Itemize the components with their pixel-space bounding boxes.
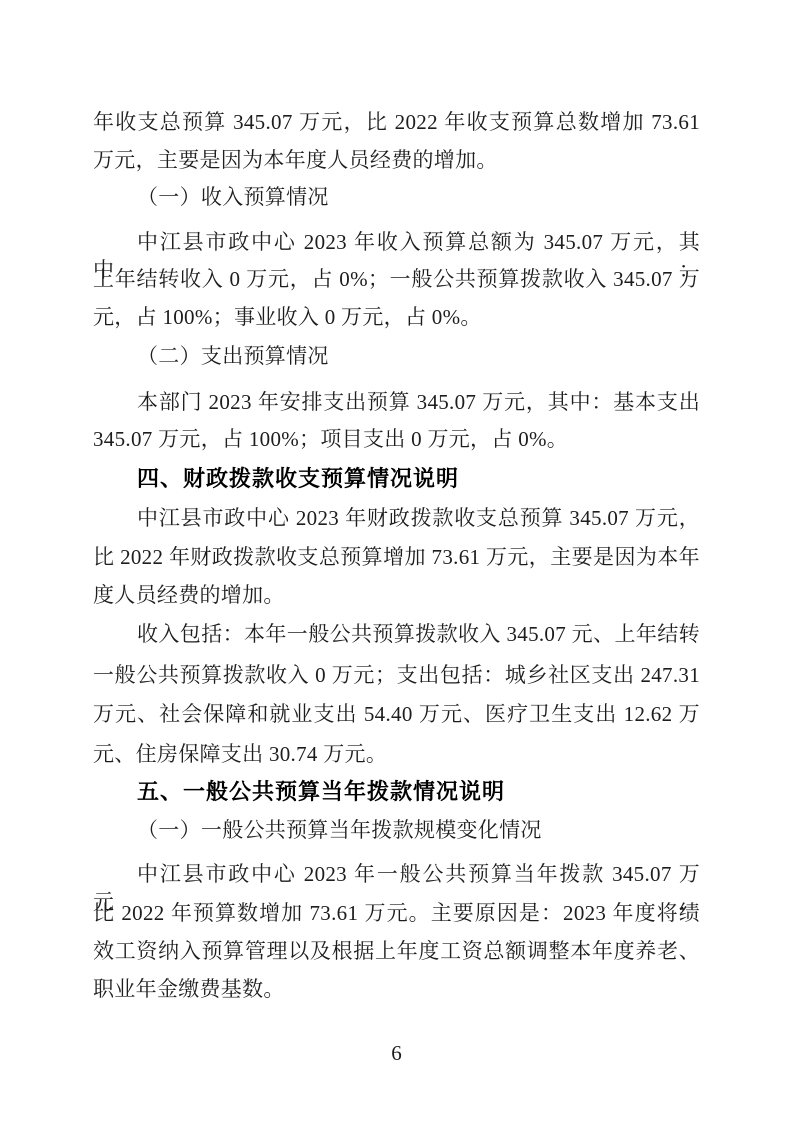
paragraph-line: 年收支总预算 345.07 万元，比 2022 年收支预算总数增加 73.61 — [93, 108, 700, 136]
page-number: 6 — [0, 1041, 793, 1066]
subsection-heading: （一）收入预算情况 — [93, 183, 700, 211]
paragraph-line: 一般公共预算拨款收入 0 万元；支出包括：城乡社区支出 247.31 — [93, 661, 700, 689]
paragraph-line: 度人员经费的增加。 — [93, 581, 700, 609]
paragraph-line: 万元，主要是因为本年度人员经费的增加。 — [93, 146, 700, 174]
paragraph-line: 收入包括：本年一般公共预算拨款收入 345.07 元、上年结转 — [93, 620, 700, 648]
subsection-heading: （二）支出预算情况 — [93, 342, 700, 370]
paragraph-line: 职业年金缴费基数。 — [93, 975, 700, 1003]
paragraph-line: 345.07 万元，占 100%；项目支出 0 万元，占 0%。 — [93, 425, 700, 453]
paragraph-line: 元、住房保障支出 30.74 万元。 — [93, 740, 700, 768]
subsection-heading: （一）一般公共预算当年拨款规模变化情况 — [93, 816, 700, 844]
document-page: 年收支总预算 345.07 万元，比 2022 年收支预算总数增加 73.61 … — [0, 0, 793, 1122]
section-heading: 五、一般公共预算当年拨款情况说明 — [93, 778, 700, 806]
paragraph-line: 中江县市政中心 2023 年财政拨款收支总预算 345.07 万元， — [93, 504, 700, 532]
paragraph-line: 效工资纳入预算管理以及根据上年度工资总额调整本年度养老、 — [93, 937, 700, 965]
paragraph-line: 元，占 100%；事业收入 0 万元，占 0%。 — [93, 303, 700, 331]
paragraph-line: 比 2022 年财政拨款收支总预算增加 73.61 万元，主要是因为本年 — [93, 543, 700, 571]
section-heading: 四、财政拨款收支预算情况说明 — [93, 465, 700, 493]
paragraph-line: 比 2022 年预算数增加 73.61 万元。主要原因是：2023 年度将绩 — [93, 899, 700, 927]
paragraph-line: 上年结转收入 0 万元，占 0%；一般公共预算拨款收入 345.07 万 — [93, 265, 700, 293]
paragraph-line: 万元、社会保障和就业支出 54.40 万元、医疗卫生支出 12.62 万 — [93, 700, 700, 728]
paragraph-line: 本部门 2023 年安排支出预算 345.07 万元，其中：基本支出 — [93, 388, 700, 416]
